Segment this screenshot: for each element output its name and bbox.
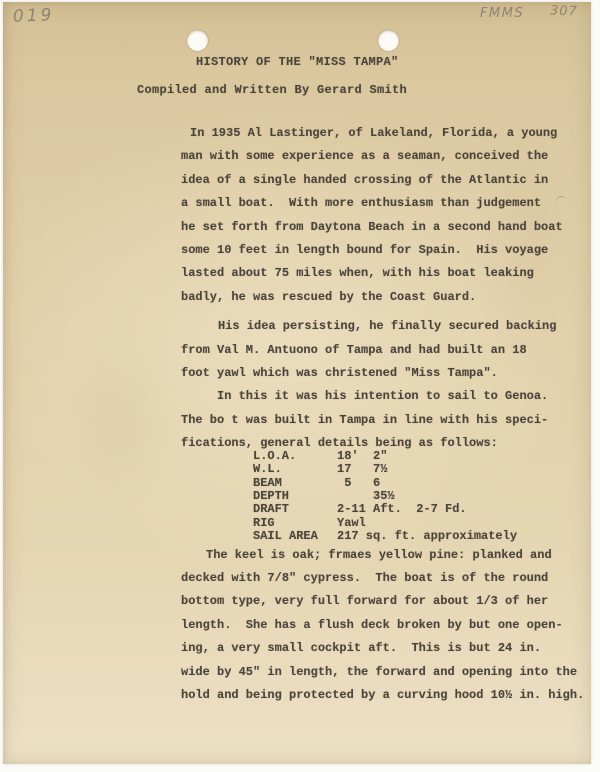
text-line: length. She has a flush deck broken by b… bbox=[181, 614, 585, 637]
document-byline: Compiled and Written By Gerard Smith bbox=[137, 83, 407, 97]
text-line: some 10 feet in length bound for Spain. … bbox=[181, 239, 585, 262]
spec-value: 217 sq. ft. approximately bbox=[337, 530, 517, 543]
text-line: wide by 45" in length, the forward and o… bbox=[181, 661, 585, 684]
specifications-table: L.O.A.18' 2" W.L.17 7½ BEAM 5 6 DEPTH 35… bbox=[181, 450, 585, 544]
pencil-archive-number: 307 bbox=[550, 4, 578, 20]
spec-label: SAIL AREA bbox=[253, 530, 337, 543]
text-line: decked with 7/8" cypress. The boat is of… bbox=[181, 567, 585, 590]
spec-label: BEAM bbox=[253, 477, 337, 490]
text-line: foot yawl which was christened "Miss Tam… bbox=[181, 362, 585, 385]
text-line: lasted about 75 miles when, with his boa… bbox=[181, 262, 585, 285]
spec-row: BEAM 5 6 bbox=[181, 477, 585, 490]
text-line: bottom type, very full forward for about… bbox=[181, 590, 585, 613]
paragraph: In 1935 Al Lastinger, of Lakeland, Flori… bbox=[181, 122, 585, 309]
text-line: hold and being protected by a curving ho… bbox=[181, 684, 585, 707]
punch-hole-right bbox=[378, 30, 399, 51]
paragraph: In this it was his intention to sail to … bbox=[181, 385, 585, 455]
spec-value: 5 6 bbox=[337, 477, 380, 490]
paragraph: The keel is oak; frmaes yellow pine: pla… bbox=[181, 544, 585, 708]
spec-row: SAIL AREA217 sq. ft. approximately bbox=[181, 530, 585, 543]
spec-row: W.L.17 7½ bbox=[181, 463, 585, 476]
scanned-page-background: 019 FMMS 307 HISTORY OF THE "MISS TAMPA"… bbox=[0, 0, 600, 772]
text-line: The keel is oak; frmaes yellow pine: pla… bbox=[181, 544, 585, 567]
text-line: man with some experience as a seaman, co… bbox=[181, 145, 585, 168]
paper-stain bbox=[63, 332, 183, 512]
document-page: 019 FMMS 307 HISTORY OF THE "MISS TAMPA"… bbox=[3, 2, 591, 764]
punch-hole-left bbox=[187, 30, 208, 51]
text-line: The bo t was built in Tampa in line with… bbox=[181, 409, 585, 432]
spec-value: 2-11 Aft. 2-7 Fd. bbox=[337, 503, 467, 516]
spec-value: 17 7½ bbox=[337, 463, 387, 476]
pencil-archive-code: FMMS bbox=[480, 6, 524, 21]
text-line: a small boat. With more enthusiasm than … bbox=[181, 192, 585, 215]
text-line: ing, a very small cockpit aft. This is b… bbox=[181, 637, 585, 660]
text-line: His idea persisting, he finally secured … bbox=[181, 315, 585, 338]
text-line: In this it was his intention to sail to … bbox=[181, 385, 585, 408]
spec-label: W.L. bbox=[253, 463, 337, 476]
text-line: he set forth from Daytona Beach in a sec… bbox=[181, 216, 585, 239]
spec-label: DRAFT bbox=[253, 503, 337, 516]
spec-row: DRAFT2-11 Aft. 2-7 Fd. bbox=[181, 503, 585, 516]
text-line: idea of a single handed crossing of the … bbox=[181, 169, 585, 192]
document-body: In 1935 Al Lastinger, of Lakeland, Flori… bbox=[181, 122, 585, 707]
text-line: from Val M. Antuono of Tampa and had bui… bbox=[181, 339, 585, 362]
text-line: badly, he was rescued by the Coast Guard… bbox=[181, 286, 585, 309]
document-title: HISTORY OF THE "MISS TAMPA" bbox=[196, 55, 399, 69]
paragraph: His idea persisting, he finally secured … bbox=[181, 315, 585, 385]
pencil-page-number: 019 bbox=[13, 5, 55, 26]
text-line: In 1935 Al Lastinger, of Lakeland, Flori… bbox=[181, 122, 585, 145]
